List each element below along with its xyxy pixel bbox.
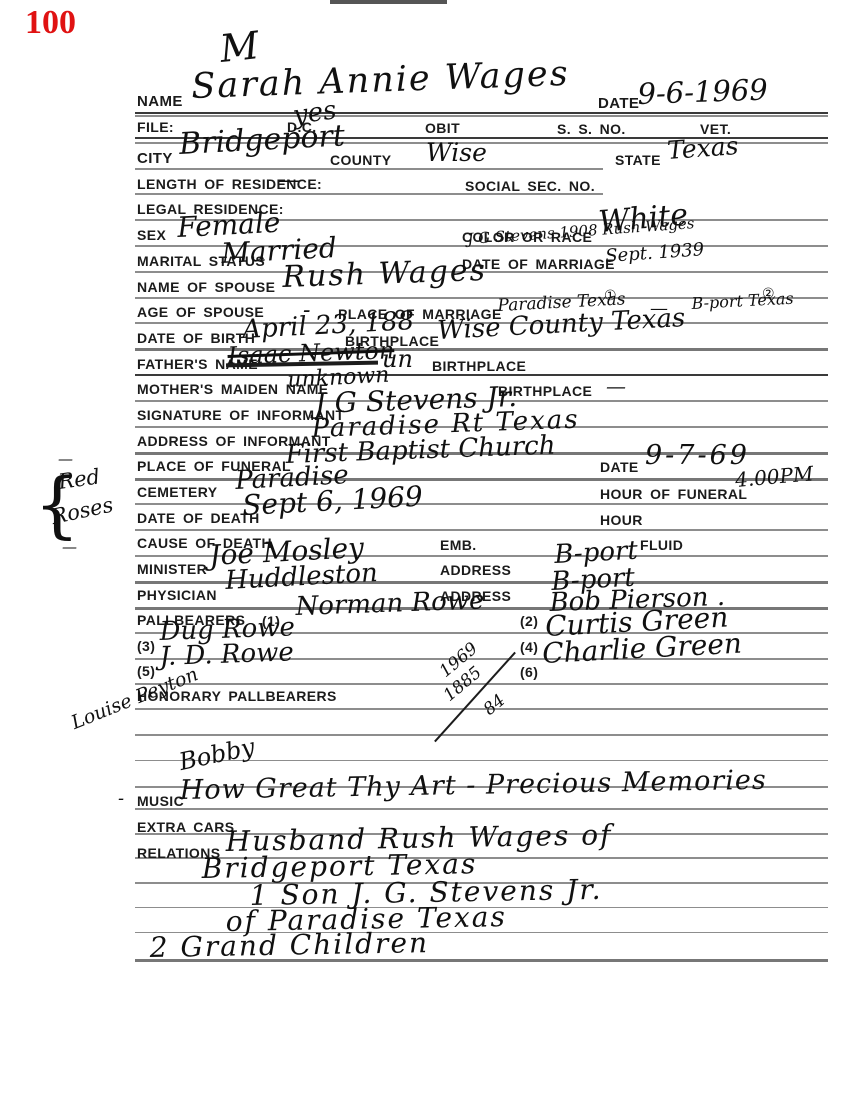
pallbearer-number-5: (5) — [137, 663, 155, 679]
field-label-name: NAME — [137, 93, 183, 110]
handwritten-name: Sarah Annie Wages — [191, 57, 570, 105]
handwritten-state: Texas — [666, 133, 739, 163]
handwritten-city: Bridgeport — [178, 121, 345, 160]
field-label-emb: EMB. — [440, 537, 477, 553]
field-label-social-sec-no: SOCIAL SEC. NO. — [465, 178, 595, 194]
handwritten-pallbearer-6: Charlie Green — [542, 630, 743, 668]
circled-two-mark: ② — [762, 286, 775, 302]
handwritten-date: 9-6-1969 — [637, 75, 768, 109]
handwritten-age: 84 — [481, 692, 509, 719]
field-label-hour-of-funeral: HOUR OF FUNERAL — [600, 486, 747, 502]
handwritten-m-mark: M — [218, 26, 261, 68]
circled-one-mark: ① — [604, 288, 617, 304]
rule-line — [135, 168, 603, 170]
rule-line — [135, 529, 828, 531]
handwritten-length-of-residence: — — [278, 170, 300, 192]
handwritten-mother-birthplace: — — [606, 376, 626, 396]
music-margin-dash: - — [118, 790, 124, 808]
rule-line — [135, 503, 828, 505]
field-label-fluid: FLUID — [640, 537, 683, 553]
handwritten-pallbearer-1: Norman Rowe — [295, 587, 485, 620]
field-label-file: FILE: — [137, 119, 174, 135]
handwritten-date-of-marriage: Sept. 1939 — [605, 241, 705, 266]
field-label-date: DATE — [598, 95, 639, 112]
handwritten-relations-line5: 2 Grand Children — [150, 929, 430, 962]
scanned-funeral-record-page: 100 NAME DATE FILE: D.C. OBIT S. S. NO. … — [0, 0, 850, 1100]
field-label-date-of-death: DATE OF DEATH — [137, 510, 260, 526]
handwritten-county: Wise — [426, 140, 487, 165]
handwritten-music: How Great Thy Art - Precious Memories — [180, 767, 767, 804]
handwritten-funeral-date: 9-7-69 — [645, 442, 750, 469]
scan-artifact-bar — [330, 0, 447, 4]
field-label-minister-address: ADDRESS — [440, 562, 511, 578]
field-label-music: MUSIC — [137, 793, 184, 809]
handwritten-hour-of-funeral: 4.00PM — [734, 463, 814, 490]
handwritten-bobby: Bobby — [177, 735, 257, 774]
handwritten-pallbearer-5: J. D. Rowe — [159, 639, 294, 670]
field-label-birthplace-2: BIRTHPLACE — [432, 358, 526, 374]
rule-line — [135, 708, 828, 710]
field-label-hour: HOUR — [600, 512, 643, 528]
handwritten-date-of-death: Sept 6, 1969 — [242, 483, 424, 520]
field-label-name-of-spouse: NAME OF SPOUSE — [137, 279, 275, 295]
margin-dash-top: — — [58, 452, 73, 467]
field-label-minister: MINISTER — [137, 561, 207, 577]
handwritten-place-of-marriage-2: B-port Texas — [691, 291, 794, 312]
pallbearer-number-2: (2) — [520, 613, 538, 629]
rule-line — [135, 374, 828, 376]
field-label-county: COUNTY — [330, 152, 392, 168]
margin-dash-bottom: — — [62, 540, 77, 555]
pallbearer-number-4: (4) — [520, 639, 538, 655]
pallbearer-number-6: (6) — [520, 664, 538, 680]
field-label-obit: OBIT — [425, 120, 460, 136]
field-label-ssno: S. S. NO. — [557, 121, 626, 137]
field-label-city: CITY — [137, 150, 173, 167]
handwritten-name-of-spouse: Rush Wages — [282, 256, 488, 293]
rule-line — [135, 683, 828, 685]
rule-line — [135, 115, 828, 117]
field-label-sex: SEX — [137, 227, 166, 243]
handwritten-red: Red — [57, 466, 101, 493]
field-label-funeral-date: DATE — [600, 459, 639, 475]
pallbearer-number-3: (3) — [137, 638, 155, 654]
field-label-physician: PHYSICIAN — [137, 587, 217, 603]
field-label-extra-cars: EXTRA CARS — [137, 819, 235, 835]
rule-line — [135, 808, 828, 810]
field-label-cemetery: CEMETERY — [137, 484, 217, 500]
rule-line — [135, 112, 828, 114]
field-label-state: STATE — [615, 152, 661, 168]
page-number-stamp: 100 — [25, 4, 76, 42]
